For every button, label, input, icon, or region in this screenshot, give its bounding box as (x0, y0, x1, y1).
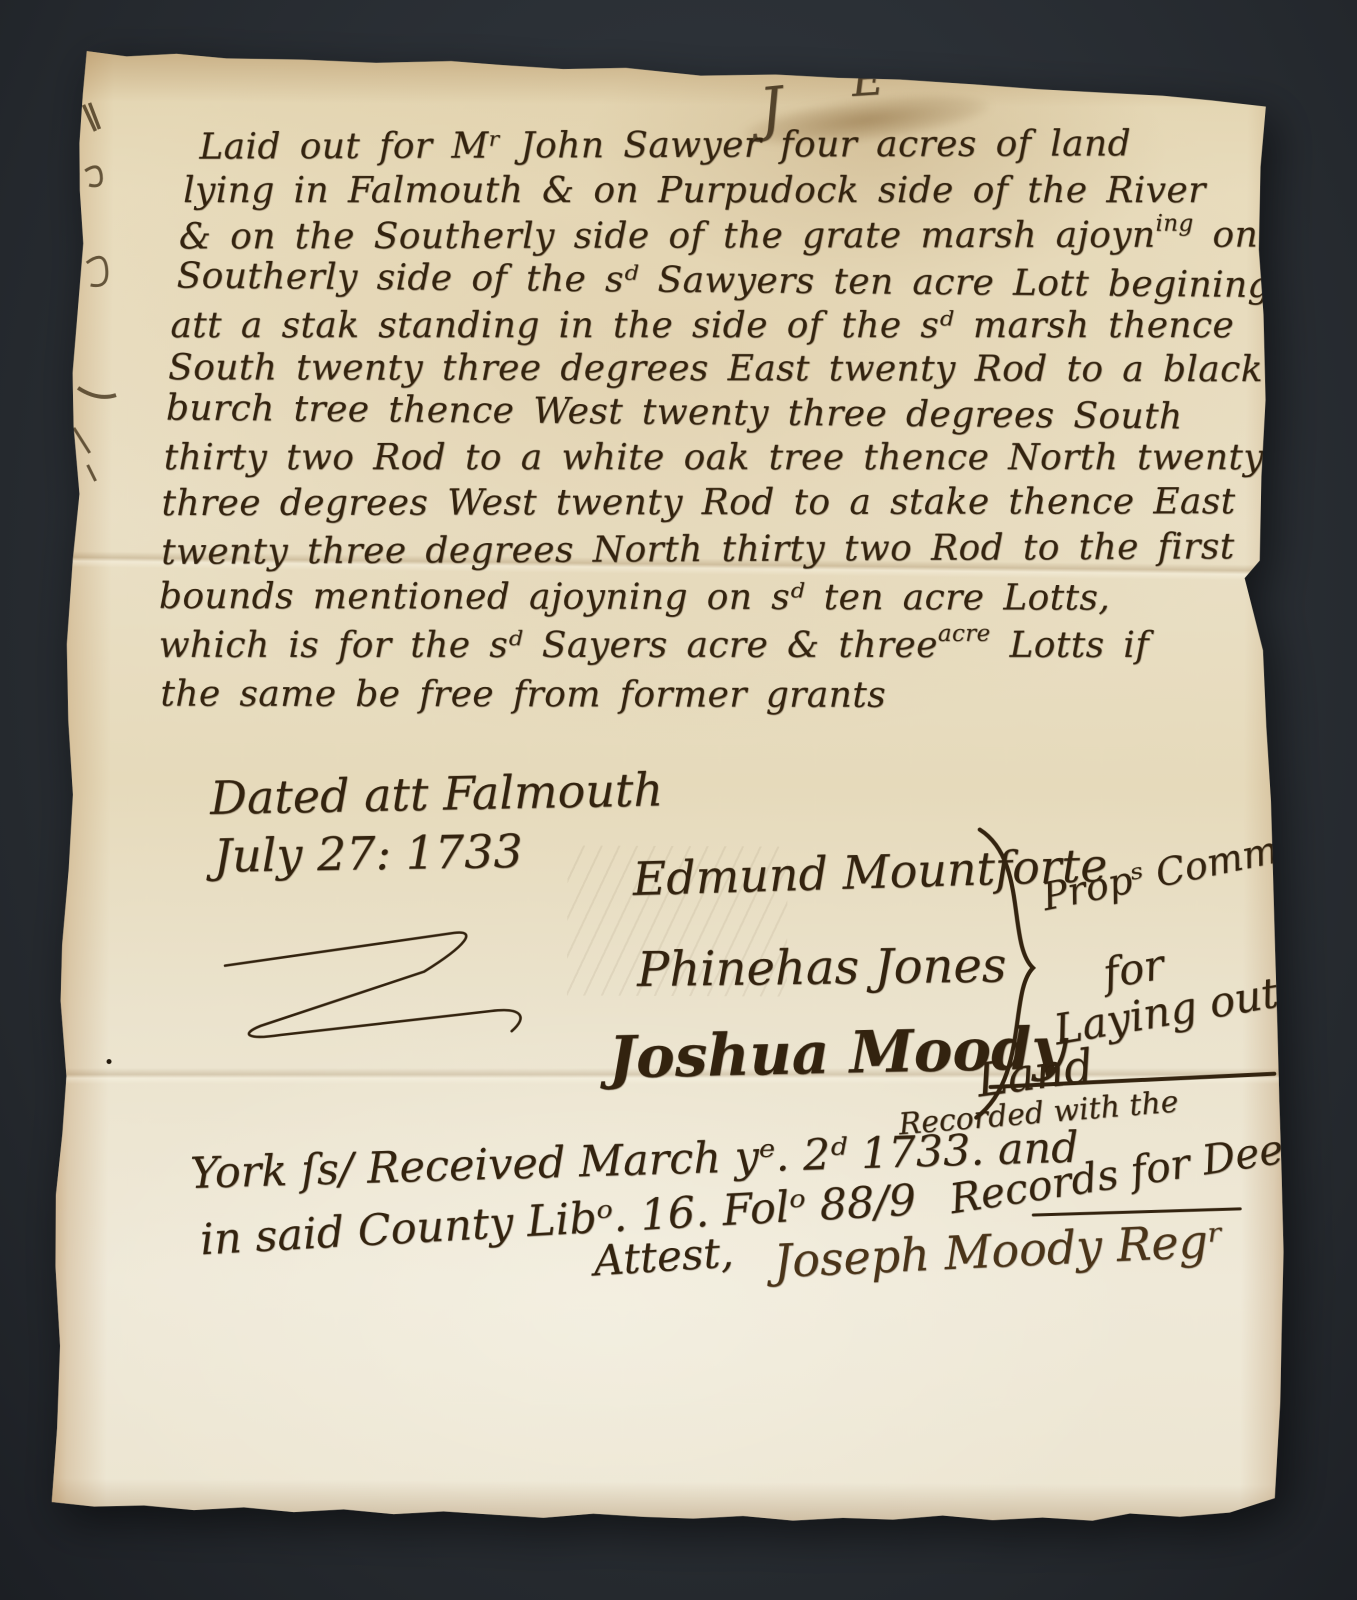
insertion-ing: ing (1155, 211, 1193, 237)
manuscript-line: Laid out for Mʳ John Sawyer four acres o… (199, 126, 1131, 165)
committee-line-role: Propˢ Committe (1038, 814, 1346, 919)
line-text: on the (1194, 214, 1338, 255)
manuscript-line: thirty two Rod to a white oak tree thenc… (164, 440, 1264, 476)
date-line: July 27: 1733 (213, 824, 523, 883)
recording-block: Recorded with the York ſs/ Received Marc… (52, 43, 1300, 50)
header-mark-right: E (850, 54, 885, 107)
line-text: which is for the sᵈ Sayers acre & three (159, 625, 938, 666)
committee-note: Propˢ Committe for Laying out Land (52, 43, 1300, 50)
date-place-line: Dated att Falmouth (209, 762, 663, 825)
manuscript-line: South twenty three degrees East twenty R… (168, 350, 1263, 388)
left-edge-ink-marks (63, 83, 135, 503)
manuscript-line: Southerly side of the sᵈ Sawyers ten acr… (176, 258, 1271, 304)
dateline: Dated att Falmouth July 27: 1733 (52, 43, 1300, 50)
photo-background: J E Laid out for Mʳ John Sawyer four acr… (0, 0, 1357, 1600)
manuscript-line: lying in Falmouth & on Purpudock side of… (183, 173, 1206, 209)
document-photo: J E Laid out for Mʳ John Sawyer four acr… (44, 43, 1300, 1524)
signature-block: Edmund Mountforte Phinehas Jones Joshua … (52, 43, 1300, 50)
manuscript-line: the same be free from former grants (160, 677, 886, 714)
manuscript-line: burch tree thence West twenty three degr… (166, 391, 1183, 436)
manuscript-line: twenty three degrees North thirty two Ro… (161, 529, 1235, 571)
manuscript-line: att a stak standing in the side of the s… (170, 308, 1234, 344)
manuscript-line: three degrees West twenty Rod to a stake… (161, 484, 1235, 522)
recording-line-1: York ſs/ Received March yᵉ. 2ᵈ 1733. and (189, 1123, 1079, 1199)
z-flourish (219, 916, 570, 1048)
pinhole (107, 1059, 112, 1064)
manuscript-line: bounds mentioned ajoyning on sᵈ ten acre… (159, 579, 1110, 617)
insertion-acre: acre (938, 621, 991, 647)
manuscript-line: & on the Southerly side of the grate mar… (179, 217, 1337, 255)
paper-sheet: J E Laid out for Mʳ John Sawyer four acr… (44, 43, 1300, 1524)
manuscript-line: which is for the sᵈ Sayers acre & threea… (159, 628, 1149, 664)
line-text: & on the Southerly side of the grate mar… (179, 215, 1156, 258)
attest-label: Attest, (592, 1227, 735, 1285)
body-text: Laid out for Mʳ John Sawyer four acres o… (52, 43, 1300, 50)
line-text: Lotts if (991, 625, 1149, 666)
